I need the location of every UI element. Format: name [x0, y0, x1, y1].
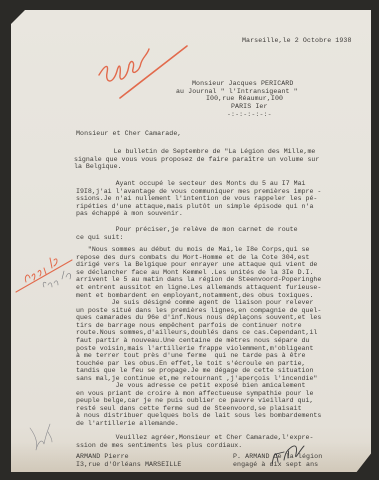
recipient-line: PARIS Ier: [231, 103, 268, 111]
sender-name: ARMAND Pierre: [76, 453, 129, 461]
sender-address: I3,rue d'Orléans MARSEILLE: [76, 461, 181, 469]
paragraph-quote-part2: Je suis désigné comme agent de liaison p…: [76, 299, 379, 383]
pencil-margin-annotation: [40, 265, 80, 295]
recipient-line: I00,rue Réaumur,I00: [206, 95, 283, 103]
recipient-divider: -:-:-:-:-:-: [227, 111, 272, 119]
paragraph-sign-off: Veuillez agréer,Monsieur et Cher Camarad…: [76, 434, 379, 449]
pencil-bottom-annotation: [26, 418, 56, 454]
salutation: Monsieur et Cher Camarade,: [76, 130, 181, 138]
place-date: Marseille,le 2 Octobre 1938: [242, 37, 352, 45]
paragraph-context: Ayant occupé le secteur des Monts du 5 a…: [76, 180, 379, 218]
paragraph-quote-part1: "Nous sommes au début du mois de Mai,le …: [76, 246, 379, 299]
paragraph-carnet: Pour préciser,je relève de mon carnet de…: [76, 226, 379, 241]
recipient-line: Monsieur Jacques PERICARD: [192, 80, 293, 88]
paragraph-closing: Je vous adresse ce petit exposé bien ami…: [76, 382, 379, 428]
paragraph-intro: Le bulletin de Septembre de "La Légion d…: [74, 148, 379, 171]
handwritten-signature: [268, 440, 308, 468]
